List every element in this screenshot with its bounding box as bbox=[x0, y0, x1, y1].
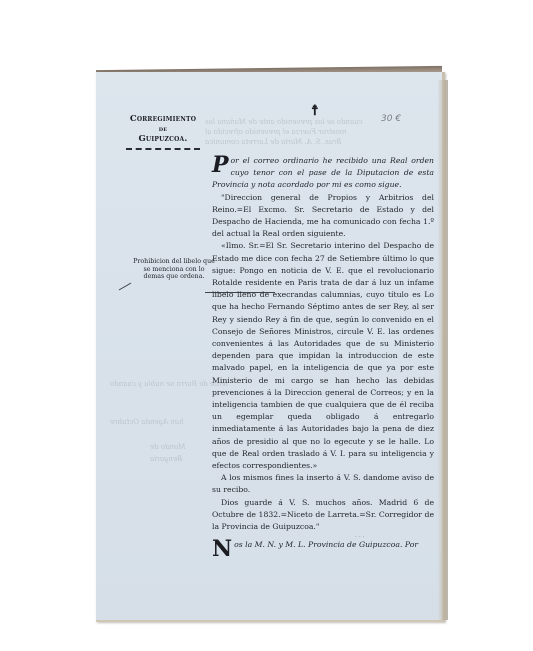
drop-cap: N bbox=[212, 540, 232, 558]
bleed-through-text: mostrar Fuerza el prevenido ofrecido al bbox=[205, 128, 346, 136]
letterhead-line-1: Corregimiento bbox=[120, 114, 206, 124]
letterhead-line-3: Guipuzcoa. bbox=[120, 134, 206, 144]
paragraph-real-orden: «Ilmo. Sr.=El Sr. Secretario interino de… bbox=[212, 240, 434, 472]
letterhead: Corregimiento de Guipuzcoa. bbox=[120, 114, 206, 153]
margin-note: Prohibicion del libelo que se menciona c… bbox=[133, 258, 215, 281]
bleed-through-text: cuando se las prevenido ante de Mañana l… bbox=[205, 118, 363, 126]
cross-icon: ☨ bbox=[311, 103, 319, 119]
bleed-through-text: Bengaria bbox=[150, 455, 182, 463]
decorative-rule bbox=[126, 148, 200, 153]
bleed-through-text: lente de Burra se nubla y cuando bbox=[110, 380, 228, 388]
paragraph-direccion: "Direccion general de Propios y Arbitrio… bbox=[212, 192, 434, 241]
closing-paragraph: Nos la M. N. y M. L. Provincia de Guipuz… bbox=[212, 539, 434, 551]
drop-cap: P bbox=[212, 156, 229, 174]
letterhead-line-2: de bbox=[120, 124, 206, 134]
bleed-through-text: Mondo de bbox=[150, 443, 185, 451]
bleed-through-text: han Agenda Octubre bbox=[110, 418, 183, 426]
closing-text: os la M. N. y M. L. Provincia de Guipuzc… bbox=[234, 540, 418, 549]
pencil-annotation: 30 € bbox=[381, 114, 401, 124]
faint-stamp-text: · · · bbox=[355, 534, 365, 541]
paper-worn-right-edge bbox=[438, 80, 448, 620]
paragraph-text: or el correo ordinario he recibido una R… bbox=[212, 156, 434, 189]
paragraph-signature: Dios guarde á V. S. muchos años. Madrid … bbox=[212, 497, 434, 534]
bleed-through-text: Bras. S. A. Maria de Larreta comunica bbox=[205, 138, 341, 146]
paragraph-aviso: A los mismos fines la inserto á V. S. da… bbox=[212, 472, 434, 496]
opening-paragraph: Por el correo ordinario he recibido una … bbox=[212, 155, 434, 192]
document-body: Por el correo ordinario he recibido una … bbox=[212, 155, 434, 558]
